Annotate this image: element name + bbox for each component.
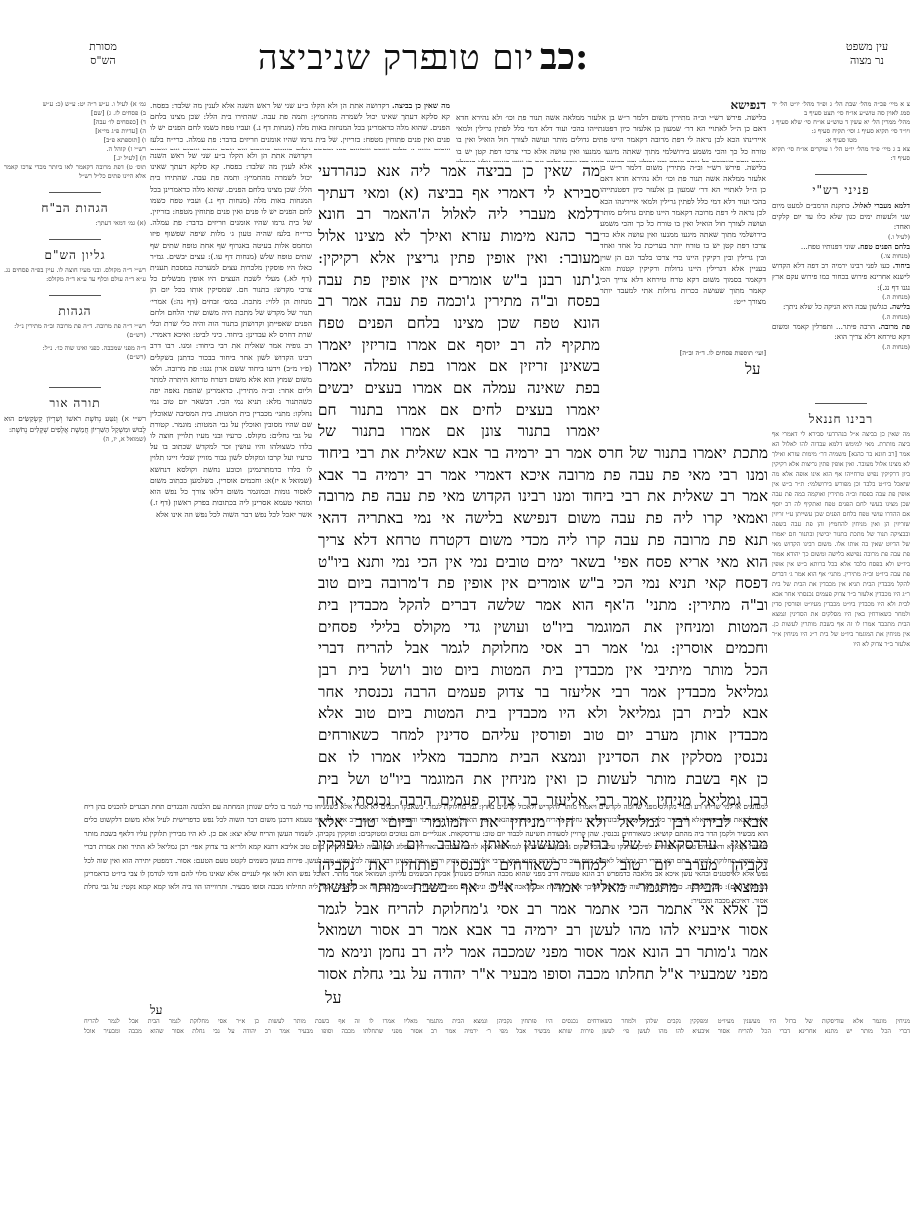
rashi-text-continued: דקדושה אתת הן ולא הקלו ב״ע שני של ראש הש… [150, 151, 312, 519]
masoret-entry: רש״י ז) קוהל ה. [4, 145, 146, 154]
divider-ornament [4, 187, 146, 199]
gemara-line: גמליאל מכבדין אמר רבי אליעזר בר צדוק פעמ… [318, 682, 768, 704]
gemara-line: כן אף בשבת מותר לעשות כן ואין מניחין את … [318, 769, 768, 791]
gemara-line: הכל מותר מיתיבי אין מכבדין בית המטות ביו… [318, 660, 768, 682]
gemara-line: אמר ג'מותר רב הונא אמר אסור מפני שמכבה א… [318, 942, 768, 964]
rashi-column: דקדושה אתת הן ולא הקלו ב״ע שני של ראש הש… [150, 150, 312, 786]
left-margin: גמ׳ א) לעיל ו. ע״ש ר״ה יט: ע״ש (כ: ע״ש ב… [4, 100, 146, 444]
entry-ref: (לעיל ו.) [772, 233, 910, 242]
chapter-name: פרק שני [324, 38, 439, 78]
ein-mishpat-line2: נר מצוה [832, 54, 902, 68]
penei-rashi-entry: דלמא מעברי לאלול. כתקנת הרמב״ם למעט מיום… [772, 201, 910, 242]
ein-mishpat-label: עין משפט נר מצוה [832, 40, 902, 68]
divider-ornament [772, 169, 910, 181]
gemara-line: יאמרו בעצים לחים אם אמרו בתנור חם [318, 400, 600, 422]
rabbeinu-chananel-text: מה שאין כן בביצה א״ל בנהרדעי סבירא לי דא… [772, 430, 910, 650]
entry-ref: (מנחות ה.) [772, 313, 910, 322]
gemara-line: תנא פת מרובה פת עבה קרו ליה מכדי משום דק… [318, 530, 768, 552]
hagahot-ref: (רש״ם) [4, 331, 146, 340]
gemara-line: מה שאין כן בביצה אמר ליה אנא כנהרדעי [318, 161, 600, 183]
torah-or-section: תורה אור רש״י א) וְנֹטַּע נְחֹשֶׁת רֹאשׁ… [4, 396, 146, 444]
gemara-line: מעובר: ואין אופין פתין גריצין אלא רקיקין… [318, 248, 600, 270]
rashi-lead-word: מה שאין כן בביצה. [392, 101, 450, 110]
ein-mishpat-entry: צ א מיי׳ פכ״ה מהל׳ שבת הל׳ ג ופ״ד מהל׳ י… [772, 100, 910, 118]
gemara-line: בר כהנא מימות עזרא ואילך לא מצינו אלול [318, 226, 600, 248]
masoret-entry: ב) פסחים לז. ג) [שם] [4, 109, 146, 118]
entry-ref: (מנחות ה.) [772, 343, 910, 352]
ein-mishpat-entry: מטו סעיף א: [772, 136, 910, 145]
tosafot-ref: [ועי׳ תוספות פסחים לו. ד״ה וב״ה] [610, 348, 766, 359]
gemara-line: בפסח וב"ה מתירין ג'וכמה פת עבה אמר רב [318, 291, 600, 313]
masoret-entry: ד) [כפסחים לו׳ עבה] [4, 118, 146, 127]
gemara-line: בפת שאינה עמלה אם אמרו בעצים יבשים [318, 378, 600, 400]
hagahot-entry: ד״ה מפני שמכבה. כפני ואינו שוה כו׳. נ״ל: [4, 344, 146, 353]
masoret-entry: ו) [תוספתא פ״ב] [4, 136, 146, 145]
gemara-line: אסור איבעיא להו מהו לעשן רב ירמיה בר אבא… [318, 920, 768, 942]
hagahot-habach-section: הגהות הב"ח (א) גמ׳ דמאי דעתך: [4, 201, 146, 228]
rashi-bottom: למעונגים או למי שריחו רע ובגדי מקולס מפנ… [84, 800, 768, 907]
rabbeinu-chananel-section: רבינו חננאל מה שאין כן בביצה א״ל בנהרדעי… [772, 412, 910, 650]
ein-mishpat-line1: עין משפט [832, 40, 902, 54]
entry-head: בלישה. [890, 302, 910, 311]
masoret-entry: ח) [לעיל יג.] [4, 154, 146, 163]
rashi-catchword: על [150, 1003, 162, 1018]
tosafot-top: דנפישא [600, 100, 766, 112]
penei-rashi-entry: פת מרובה. הרבה פיתר... ותפרלין קאמר ומשו… [772, 322, 910, 352]
bottom-note: מניחין מוגמר אלא עודיסקות של ברזל היו מע… [84, 1017, 910, 1037]
torah-or-text: רש״י א) וְנֹטַּע נְחֹשֶׁת רֹאשׁוֹ וְשִׁר… [4, 414, 146, 435]
tosafot-column: בלישה. פירש רש״י וב״ה מתירין משום דלמר ר… [600, 162, 766, 472]
gemara-line: דלמא מעברי ליה לאלול ה'האמר רב חונא [318, 204, 600, 226]
divider-ornament [772, 398, 910, 410]
penei-rashi-entry: בלחם הפנים טפח. שוני דפנותיו טפח... (מנח… [772, 242, 910, 262]
gemara-line: מכבדין אותן מערב יום טוב ופורסין עליהם ס… [318, 725, 768, 747]
gemara-line: ואמאי קרו ליה פת עבה משום דנפישא בלישה א… [318, 508, 768, 530]
gemara-line: ג'תנו רבנן ב"ש אומרים אין אופין פת עבה [318, 270, 600, 292]
tosafot-text: בלישה. פירש רש״י וב״ה מתירין משום דלמר ר… [456, 113, 766, 162]
gemara-top-block: מה שאין כן בביצה אמר ליה אנא כנהרדעי סבי… [318, 161, 600, 443]
hagahot-title: הגהות [4, 304, 146, 319]
divider-ornament [4, 234, 146, 246]
torah-or-ref: (שמואל א, יז, ה) [4, 435, 146, 444]
masoret-entry: תוס׳ ט) דפת מרובה דקאמר לאו ביותר מכדי צ… [4, 163, 146, 181]
entry-ref: (מנחות צו.) [772, 252, 910, 261]
tosafot-lead-word: דנפישא [730, 98, 766, 112]
masoret-label-line2: הש"ס [78, 54, 128, 68]
gemara-line: המטות ומניחין את המוגמר ביו"ט ועושין גדי… [318, 617, 768, 639]
rashi-top: מה שאין כן בביצה. דקדושה אתת הן ולא הקלו… [150, 100, 450, 150]
gemara-line: אבא לבית רבן גמליאל ולא היו מכבדין בית ה… [318, 703, 768, 725]
ein-mishpat-section: צ א מיי׳ פכ״ה מהל׳ שבת הל׳ ג ופ״ד מהל׳ י… [772, 100, 910, 163]
divider-ornament [4, 290, 146, 302]
masoret-hashas-section: גמ׳ א) לעיל ו. ע״ש ר״ה יט: ע״ש (כ: ע״ש ב… [4, 100, 146, 181]
ein-mishpat-entry: מהל׳ ממרין הל׳ יא עשין ד טוש״ע או״ח סי׳ … [772, 118, 910, 136]
gemara-line: מפני שמבעיר א"ל תחלתו מכבה וסופו מבעיר א… [318, 964, 768, 986]
gemara-catchword: על [325, 988, 342, 1008]
entry-head: פת מרובה. [878, 322, 910, 331]
tractate-name: ביצה [258, 38, 325, 78]
gemara-line: וחכמים אוסרין: גמ' אמר רב אסי מחלוקת לגמ… [318, 638, 768, 660]
gilyon-hashas-text: רש״י ד״ה מקולס. ובני מעיו חוצה לו. עיין … [4, 266, 146, 284]
entry-text: כגלשון עבה היא הניקה כל שלא ניתך: [783, 302, 887, 311]
bottom-note-line: דברי הכל מותר יש מתנא אחרינא דברי הכל לה… [84, 1027, 910, 1037]
gemara-line: סבירא לי דאמרי אף בביצה (א) ומאי דעתיך [318, 183, 600, 205]
hagahot-habach-text: (א) גמ׳ דמאי דעתך: [4, 219, 146, 228]
masoret-entry: ה) [עדיות פ״ג מי״א] [4, 127, 146, 136]
hagahot-ref: (רש״ם) [4, 353, 146, 362]
masoret-label-line1: מסורת [78, 40, 128, 54]
penei-rashi-section: פניני רש"י דלמא מעברי לאלול. כתקנת הרמב״… [772, 183, 910, 352]
gilyon-hashas-section: גליון הש"ם רש״י ד״ה מקולס. ובני מעיו חוצ… [4, 248, 146, 284]
gemara-line: יאמרו בתנור צונן אם אמרו בתנור של [318, 421, 600, 443]
gemara-line: ומנו רבי מאי פת עבה פת מרובה איכא דאמרי … [318, 465, 768, 487]
entry-head: ביחוד. [893, 261, 910, 270]
entry-head: דלמא מעברי לאלול. [852, 201, 910, 210]
tosafot-catchword: על [745, 360, 761, 379]
daf-number: כב: [540, 36, 588, 78]
hagahot-section: הגהות רש״י ד״ה פת מרובה. ד״ה פת מרובה וב… [4, 304, 146, 362]
tosafot-block: בלישה. פירש רש״י וב״ה מתירין משום דלמר ר… [456, 112, 766, 162]
penei-rashi-entry: ביחוד. כעו לפני רבינו ירמיה רב דפה דלא ה… [772, 261, 910, 302]
gemara-line: הוא מאי אריא פסח אפי' בשאר ימים טובים נמ… [318, 552, 768, 574]
gemara-line: דפסח קאי תניא נמי הכי ב"ש אומרים אין אופ… [318, 573, 768, 595]
rabbeinu-chananel-title: רבינו חננאל [772, 412, 910, 427]
hagahot-habach-title: הגהות הב"ח [4, 201, 146, 216]
tosafot-text-continued: בלישה. פירש רש״י וב״ה מתירין משום דלמר ר… [600, 163, 766, 306]
masoret-hashas-label: מסורת הש"ס [78, 40, 128, 68]
entry-ref: (מנחות ה.) [772, 293, 910, 302]
gemara-line: וב"ה מתירין: מתני' ה'אף הוא אמר שלשה דבר… [318, 595, 768, 617]
gemara-line: אמר רב שאלית את רבי ביחוד ומנו רבינו הקד… [318, 486, 768, 508]
entry-text: שוני דפנותיו טפח... [801, 242, 855, 251]
entry-head: בלחם הפנים טפח. [858, 242, 910, 251]
entry-text: כעו לפני רבינו ירמיה רב דפה דלא הקדוש לי… [772, 261, 910, 291]
penei-rashi-entry: בלישה. כגלשון עבה היא הניקה כל שלא ניתך:… [772, 302, 910, 322]
gilyon-hashas-title: גליון הש"ם [4, 248, 146, 263]
bottom-note-line: מניחין מוגמר אלא עודיסקות של ברזל היו מע… [84, 1017, 910, 1027]
hagahot-entry: רש״י ד״ה פת מרובה. ד״ה פת מרובה וב״ה מתי… [4, 322, 146, 331]
chapter-title: יום טוב [432, 38, 534, 78]
masoret-entry: גמ׳ א) לעיל ו. ע״ש ר״ה יט: ע״ש (כ: ע״ש [4, 100, 146, 109]
gemara-line: מתקיף לה רב יוסף אם אמרו בזריזין יאמרו [318, 335, 600, 357]
gemara-line: הונא טפח שכן מצינו בלחם הפנים טפח [318, 313, 600, 335]
divider-ornament [4, 382, 146, 394]
rashi-bottom-text: למעונגים או למי שריחו רע ובגדי מקולס מפנ… [84, 802, 768, 905]
ein-mishpat-entry: צא ב ג מיי׳ פ״ד מהל׳ יו״ט הל׳ ו עוקרים א… [772, 145, 910, 163]
penei-rashi-title: פניני רש"י [772, 183, 910, 198]
right-margin: צ א מיי׳ פכ״ה מהל׳ שבת הל׳ ג ופ״ד מהל׳ י… [772, 100, 910, 650]
gemara-line: נכנסין מסלקין את הסדינין ונמצא הבית מתכב… [318, 747, 768, 769]
torah-or-title: תורה אור [4, 396, 146, 411]
gemara-line: בשאינן זריזין אם אמרו בפת עמלה יאמרו [318, 356, 600, 378]
gemara-line: מתכת יאמרו בתנור של חרס אמר רב ירמיה בר … [318, 443, 768, 465]
